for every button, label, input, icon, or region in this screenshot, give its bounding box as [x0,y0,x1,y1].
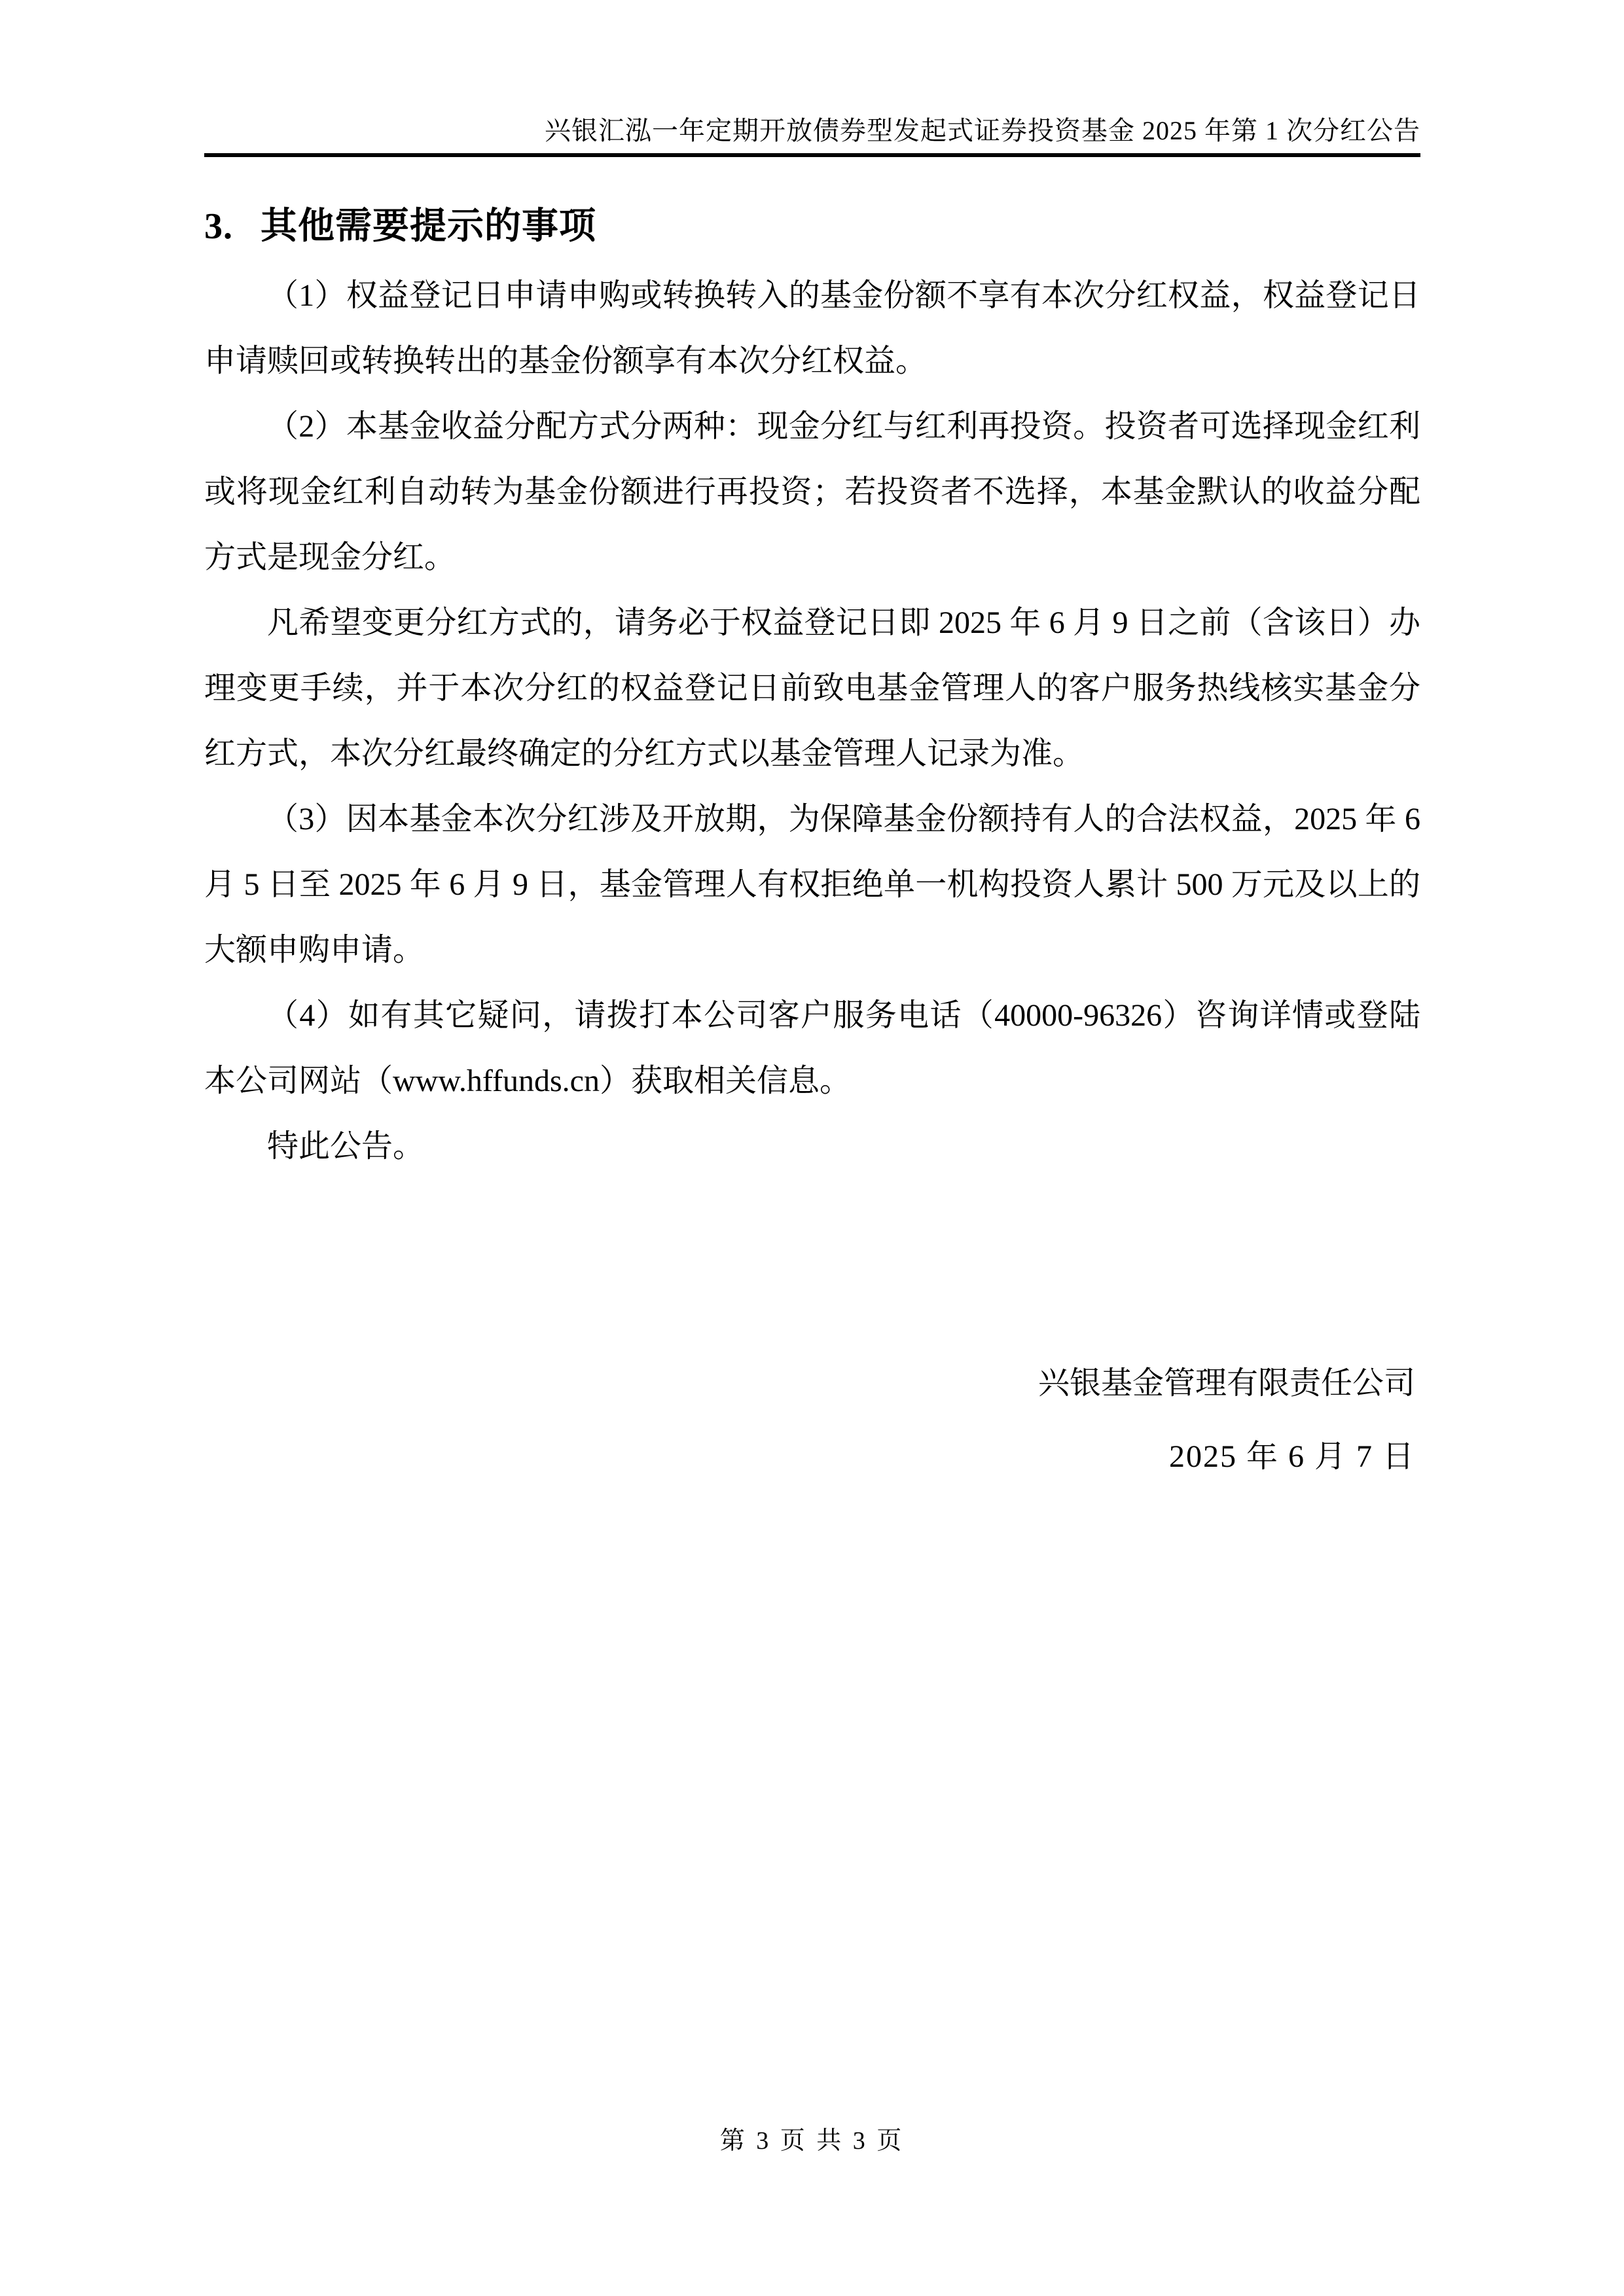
signature-date: 2025 年 6 月 7 日 [204,1424,1415,1490]
body-text: （1）权益登记日申请申购或转换转入的基金份额不享有本次分红权益，权益登记日申请赎… [204,263,1420,1179]
paragraph-1: （1）权益登记日申请申购或转换转入的基金份额不享有本次分红权益，权益登记日申请赎… [204,263,1420,394]
content-column: 兴银汇泓一年定期开放债券型发起式证券投资基金 2025 年第 1 次分红公告 3… [204,0,1420,1490]
paragraph-2: （2）本基金收益分配方式分两种：现金分红与红利再投资。投资者可选择现金红利或将现… [204,394,1420,590]
page-footer: 第 3 页 共 3 页 [0,2126,1624,2156]
paragraph-4: （3）因本基金本次分红涉及开放期，为保障基金份额持有人的合法权益，2025 年 … [204,787,1420,983]
section-title: 其他需要提示的事项 [261,206,596,247]
document-page: 兴银汇泓一年定期开放债券型发起式证券投资基金 2025 年第 1 次分红公告 3… [0,0,1624,2296]
page-number-label: 第 3 页 共 3 页 [720,2127,905,2155]
section-number: 3. [204,206,233,247]
header-title: 兴银汇泓一年定期开放债券型发起式证券投资基金 2025 年第 1 次分红公告 [545,116,1420,145]
company-name: 兴银基金管理有限责任公司 [204,1351,1415,1416]
running-header: 兴银汇泓一年定期开放债券型发起式证券投资基金 2025 年第 1 次分红公告 [204,0,1420,157]
section-heading: 3.其他需要提示的事项 [204,206,1420,247]
paragraph-closing: 特此公告。 [204,1114,1420,1179]
paragraph-3: 凡希望变更分红方式的，请务必于权益登记日即 2025 年 6 月 9 日之前（含… [204,590,1420,787]
signature-block: 兴银基金管理有限责任公司 2025 年 6 月 7 日 [204,1351,1420,1490]
paragraph-5: （4）如有其它疑问，请拨打本公司客户服务电话（40000-96326）咨询详情或… [204,983,1420,1114]
